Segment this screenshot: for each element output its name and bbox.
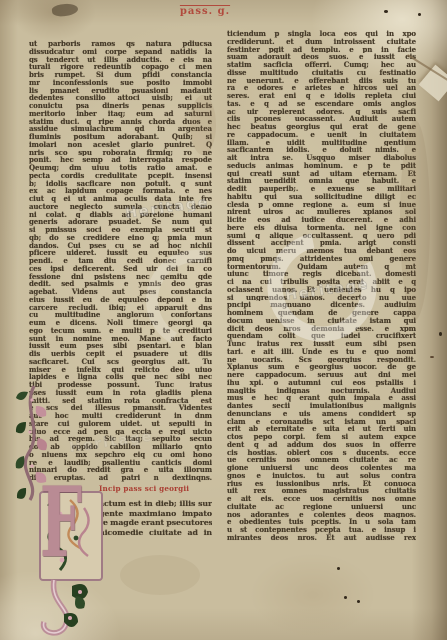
text-line: dedentes consilio attoci uisib; ei ut	[29, 94, 212, 102]
text-line: carcere recludi. ibiq; ei apparuit dns	[29, 304, 212, 312]
text-line: crediderunt. et dum introissent ciuitate	[227, 38, 416, 46]
text-line: hominem quendam de genere cappa	[227, 309, 416, 317]
text-line: ciuitate ac regione uniuersi unc	[227, 503, 416, 511]
text-line: gione uniuersi unc deos colentes ma	[227, 464, 416, 472]
text-line: nos adorantes e colentes deos magnos.	[227, 511, 416, 519]
stain	[190, 95, 216, 155]
text-column-right: ticiendum p singla loca eos qui in xpocr…	[227, 30, 416, 551]
text-line: dissent accipent pmia. arigt consti	[227, 239, 416, 247]
text-line: ciut q ei ut anima oculis data inte fre	[29, 195, 212, 203]
text-line: ciis pcones uocassent. Audiuit autem	[227, 115, 416, 123]
text-line: auctore neglecto sumula cuncta demo	[29, 203, 212, 211]
text-line: bere eis diuisa tormenta. nel igne con	[227, 224, 416, 232]
text-line: qb; do se credidere eino q; pmia mun	[29, 234, 212, 242]
text-line: mirantes deos nros. Et aut audisse rex	[227, 534, 416, 542]
wormhole	[384, 10, 388, 13]
text-line: agebat. Videns aut pses constancia	[29, 288, 212, 296]
text-line: eius iussit eu de equuleo deponi e in	[29, 296, 212, 304]
running-title: pass. g.	[150, 6, 260, 17]
text-line: si ungrendos uanos. decerto nu uue	[227, 294, 416, 302]
stain	[400, 120, 430, 320]
text-line: meritorio inber itaq; eum ad saturni	[29, 110, 212, 118]
text-line: ac uir replerent odores. q suis sacfi	[227, 108, 416, 116]
text-line: u st contepnentes pcepta tua. e insup i	[227, 526, 416, 534]
text-line: pecta cordis credulitate pcepit. insensi	[29, 172, 212, 180]
text-line: pficere uideret. iussit eu equuleo sus	[29, 249, 212, 257]
text-line: ex ac lapidum copage formata. e nes	[29, 187, 212, 195]
ink-smudge	[51, 2, 78, 18]
text-line: dedit. sed psalmis e ymnis deo gras	[29, 280, 212, 288]
text-line: fessione dni psistens nec gemitu qde	[29, 273, 212, 281]
text-line: pendi. e tam diu cedi donec carnifi	[29, 257, 212, 265]
text-line: ci na cui tribulis posita erat abiit e q	[227, 278, 416, 286]
wormhole	[439, 332, 442, 336]
text-line: e obedientes tuis pceptis. In u sola tam	[227, 518, 416, 526]
text-line: ue cernitis nos omnem ciuitate ac re	[227, 456, 416, 464]
text-line: ra e odores e arietes e hircos uel an	[227, 84, 416, 92]
text-line: sacficantem idolis. e doluit nimis. e	[227, 146, 416, 154]
text-line: ne uocaris. Scs georgius respondit.	[227, 356, 416, 364]
stain	[120, 555, 200, 595]
manuscript-photo: pass. g. ut parboris ramos qs natura pdi…	[0, 0, 447, 640]
text-line: nere cappadocum. seruus aut dni mei	[227, 371, 416, 379]
text-line: erit ab eternitate e uita ei ut ferti ui…	[227, 425, 416, 433]
text-line: tormentorum. Quidam autem q mt	[227, 263, 416, 271]
text-line: iussit eum pses sibi psentari. e blan	[29, 342, 212, 350]
text-line: sumi q alique occultassent. q uero pdi	[227, 232, 416, 240]
text-line: nirent uiros ac mulieres xpianos sol	[227, 208, 416, 216]
text-line: e ait eis. ecce uos cernitis nos omne	[227, 495, 416, 503]
margin-mark	[430, 356, 434, 358]
text-line: ni colat. q diabls ad poreione humani	[29, 211, 212, 219]
text-line: denuncians e uis amens condidert sp	[227, 410, 416, 418]
text-line: docum uenisse in ciuitate istam qui	[227, 317, 416, 325]
text-line: ait intra se. Usqquo miser diabolus	[227, 154, 416, 162]
text-line: assidue simulachrum qd in argentea	[29, 125, 212, 133]
wormhole	[337, 567, 340, 570]
text-line: festinter pgit ad templu. e pn in facie	[227, 46, 416, 54]
text-line: dantes secii imulationibus malignis	[227, 402, 416, 410]
text-line: magltis indignas nocturnis. Audiui	[227, 387, 416, 395]
text-line: ctos pepo corpi. fem si autem expce	[227, 433, 416, 441]
text-line: ne uenerunt. e offerebant diis suis tu	[227, 77, 416, 85]
text-line: statim uendidit omnia que habuit. e	[227, 177, 416, 185]
decorated-initial-area: F	[14, 382, 144, 640]
text-line: seres. erat eni q e idolis repleta ciui	[227, 92, 416, 100]
text-line: dent q ad addum dos suos in offerre	[227, 441, 416, 449]
text-line: sacficaret. Cui scs georgius ait. Tu	[29, 358, 212, 366]
text-line: cis hostias. oblert cos s ducents. ecce	[227, 449, 416, 457]
text-line: qs tenderct ut illis adductis. e eis na	[29, 56, 212, 64]
text-line: b; idolis sacficare non potuit. q sunt	[29, 180, 212, 188]
text-line: tari. e ait illi. Unde es tu e quo nomi	[227, 348, 416, 356]
text-line: fluminis positum adorabant. Quib; si	[29, 133, 212, 141]
text-line: turali rigore redeuntib copago ci men	[29, 63, 212, 71]
text-line: Tunc iratus rex iussit eum sibi psen	[227, 340, 416, 348]
text-line: Xpianus sum e georgius uocor. de ge	[227, 363, 416, 371]
text-line: bris rumpet. Si dum pfidi constancia	[29, 71, 212, 79]
text-line: do uicui meru memos tua debant eos	[227, 247, 416, 255]
text-line: disse multitudo ciuitatis cu festinatio	[227, 69, 416, 77]
text-line: habitu qui sua sollicitudine diligt ec	[227, 193, 416, 201]
text-line: statim sacficia offerri. Cumq; hec au	[227, 61, 416, 69]
text-line: Qeumq; dm uiuu totis ratio amat. e	[29, 164, 212, 172]
tail-leaves	[64, 584, 88, 627]
text-line: ut parboris ramos qs natura pdiucsa	[29, 40, 212, 48]
text-line: sunt in nomine meo. Mane aut facto	[29, 335, 212, 343]
text-line: ego tecum sum. e multi p te credituri	[29, 327, 212, 335]
wormhole	[344, 596, 347, 599]
text-line: qui creati sunt ad uitam eternam. Et	[227, 170, 416, 178]
text-line: oclassent uanos. Et uenientes hu q ipo	[227, 286, 416, 294]
text-line: ponit. hec semp ad interrogata respode	[29, 156, 212, 164]
text-line: illam. e uidit multitudine gentium	[227, 139, 416, 147]
text-line: mr inconfessionis sue posito immobi	[29, 79, 212, 87]
text-line: seducis animas hominum. e p te pdit	[227, 162, 416, 170]
text-line: quendam colit que iudei crucifixert	[227, 332, 416, 340]
wormhole	[418, 13, 421, 16]
text-line: generis adorare psuadet. Se num qui	[29, 218, 212, 226]
text-line: mus e hec q erant quin impala e assi	[227, 394, 416, 402]
text-line: imolari non aceslet glario puniret. Q	[29, 141, 212, 149]
text-line: uiunc timore regis dicebant. domesti	[227, 270, 416, 278]
text-line: pncipi magnuano dicentes. audiuim	[227, 301, 416, 309]
text-line: clam e coronandis sct istam un spaci	[227, 418, 416, 426]
text-line: hec beatus georgius qui erat de gene	[227, 123, 416, 131]
text-line: cu multitudine anglorum confortans	[29, 311, 212, 319]
text-line: dissudcatur omi corpe sepand natidis la	[29, 48, 212, 56]
text-line: nris sco spu roborata firmiq; ro ne	[29, 149, 212, 157]
text-line: tas. e q ad se escendare omis anglos	[227, 100, 416, 108]
text-line: clesia p omne regione a. eum si inue	[227, 201, 416, 209]
text-line: conuictu psa dineris penas supplicis	[29, 102, 212, 110]
text-line: re cappadocum. e uenit in ciuitatem	[227, 131, 416, 139]
text-line: uit rex omnes magistratus ciuitatis	[227, 487, 416, 495]
text-line: rius es iussionibus nris. Et conuoca	[227, 480, 416, 488]
text-line: ces ipsi deficerent. Sed uir dei in co	[29, 265, 212, 273]
text-line: eum e dicens. Noli timere georgi qa	[29, 319, 212, 327]
text-line: lapides e ligna colis que nec sibi nec	[29, 373, 212, 381]
text-line: gnos e inuictos. tu aut solus contra	[227, 472, 416, 480]
initial-letter-F: F	[40, 486, 82, 561]
text-line: dedit pauperib;. e exuens se militari	[227, 185, 416, 193]
text-line: pmq pmqs. attridentes omi genere	[227, 255, 416, 263]
text-line: ticiendum p singla loca eos qui in xpo	[227, 30, 416, 38]
text-line: miser e infelix qui relicto deo uiuo	[29, 366, 212, 374]
text-line: lis pmanet erudito psuasioni madauit	[29, 87, 212, 95]
text-line: suam adorauit deos suos. e iussit eis	[227, 53, 416, 61]
text-line: dicit deos nros demonia esse. e xpm	[227, 325, 416, 333]
wormhole	[357, 600, 360, 603]
text-line: licite eos ad iudice ducerent. e adhi	[227, 216, 416, 224]
text-line: si pmissus soci eo exempla secuti st	[29, 226, 212, 234]
text-line: dis uerbis cepit ei psuadere ut diis	[29, 350, 212, 358]
text-line: statim duci. q ripe annis chorda duos e	[29, 118, 212, 126]
text-line: ihu xpi. o autumni cui eos pstallis i	[227, 379, 416, 387]
text-line: dandos. Cui pses cu se ad hoc nichil	[29, 242, 212, 250]
